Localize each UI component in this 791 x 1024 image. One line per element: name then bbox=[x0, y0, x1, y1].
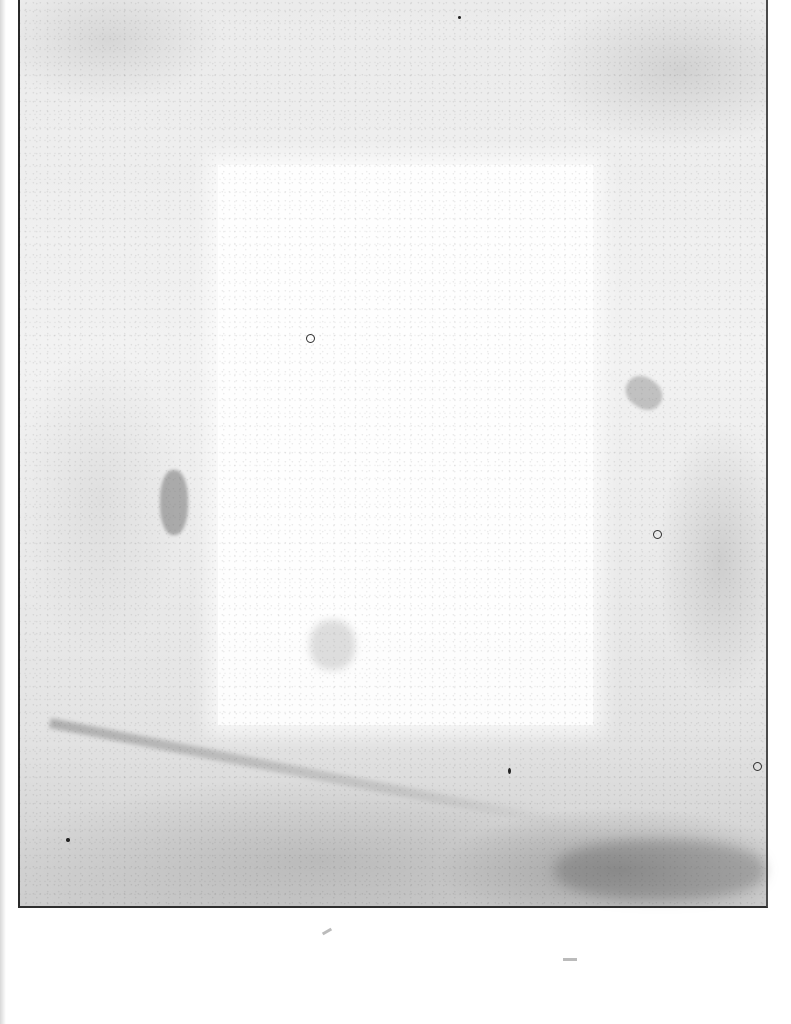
stray-mark bbox=[322, 928, 332, 936]
smudge-mark bbox=[555, 840, 765, 900]
ink-dot bbox=[508, 768, 511, 774]
scanned-page bbox=[0, 0, 791, 1024]
ring-spot bbox=[653, 530, 662, 539]
ink-dot bbox=[66, 838, 70, 842]
smudge-mark bbox=[160, 470, 188, 535]
stray-mark bbox=[563, 958, 577, 961]
diagonal-streak bbox=[49, 718, 561, 827]
faded-photo-area bbox=[218, 165, 593, 725]
ring-spot bbox=[753, 762, 762, 771]
scan-edge-shadow bbox=[0, 0, 6, 1024]
ink-dot bbox=[458, 16, 461, 19]
mounted-card-back bbox=[18, 0, 768, 908]
smudge-mark bbox=[310, 620, 355, 670]
ring-spot bbox=[306, 334, 315, 343]
